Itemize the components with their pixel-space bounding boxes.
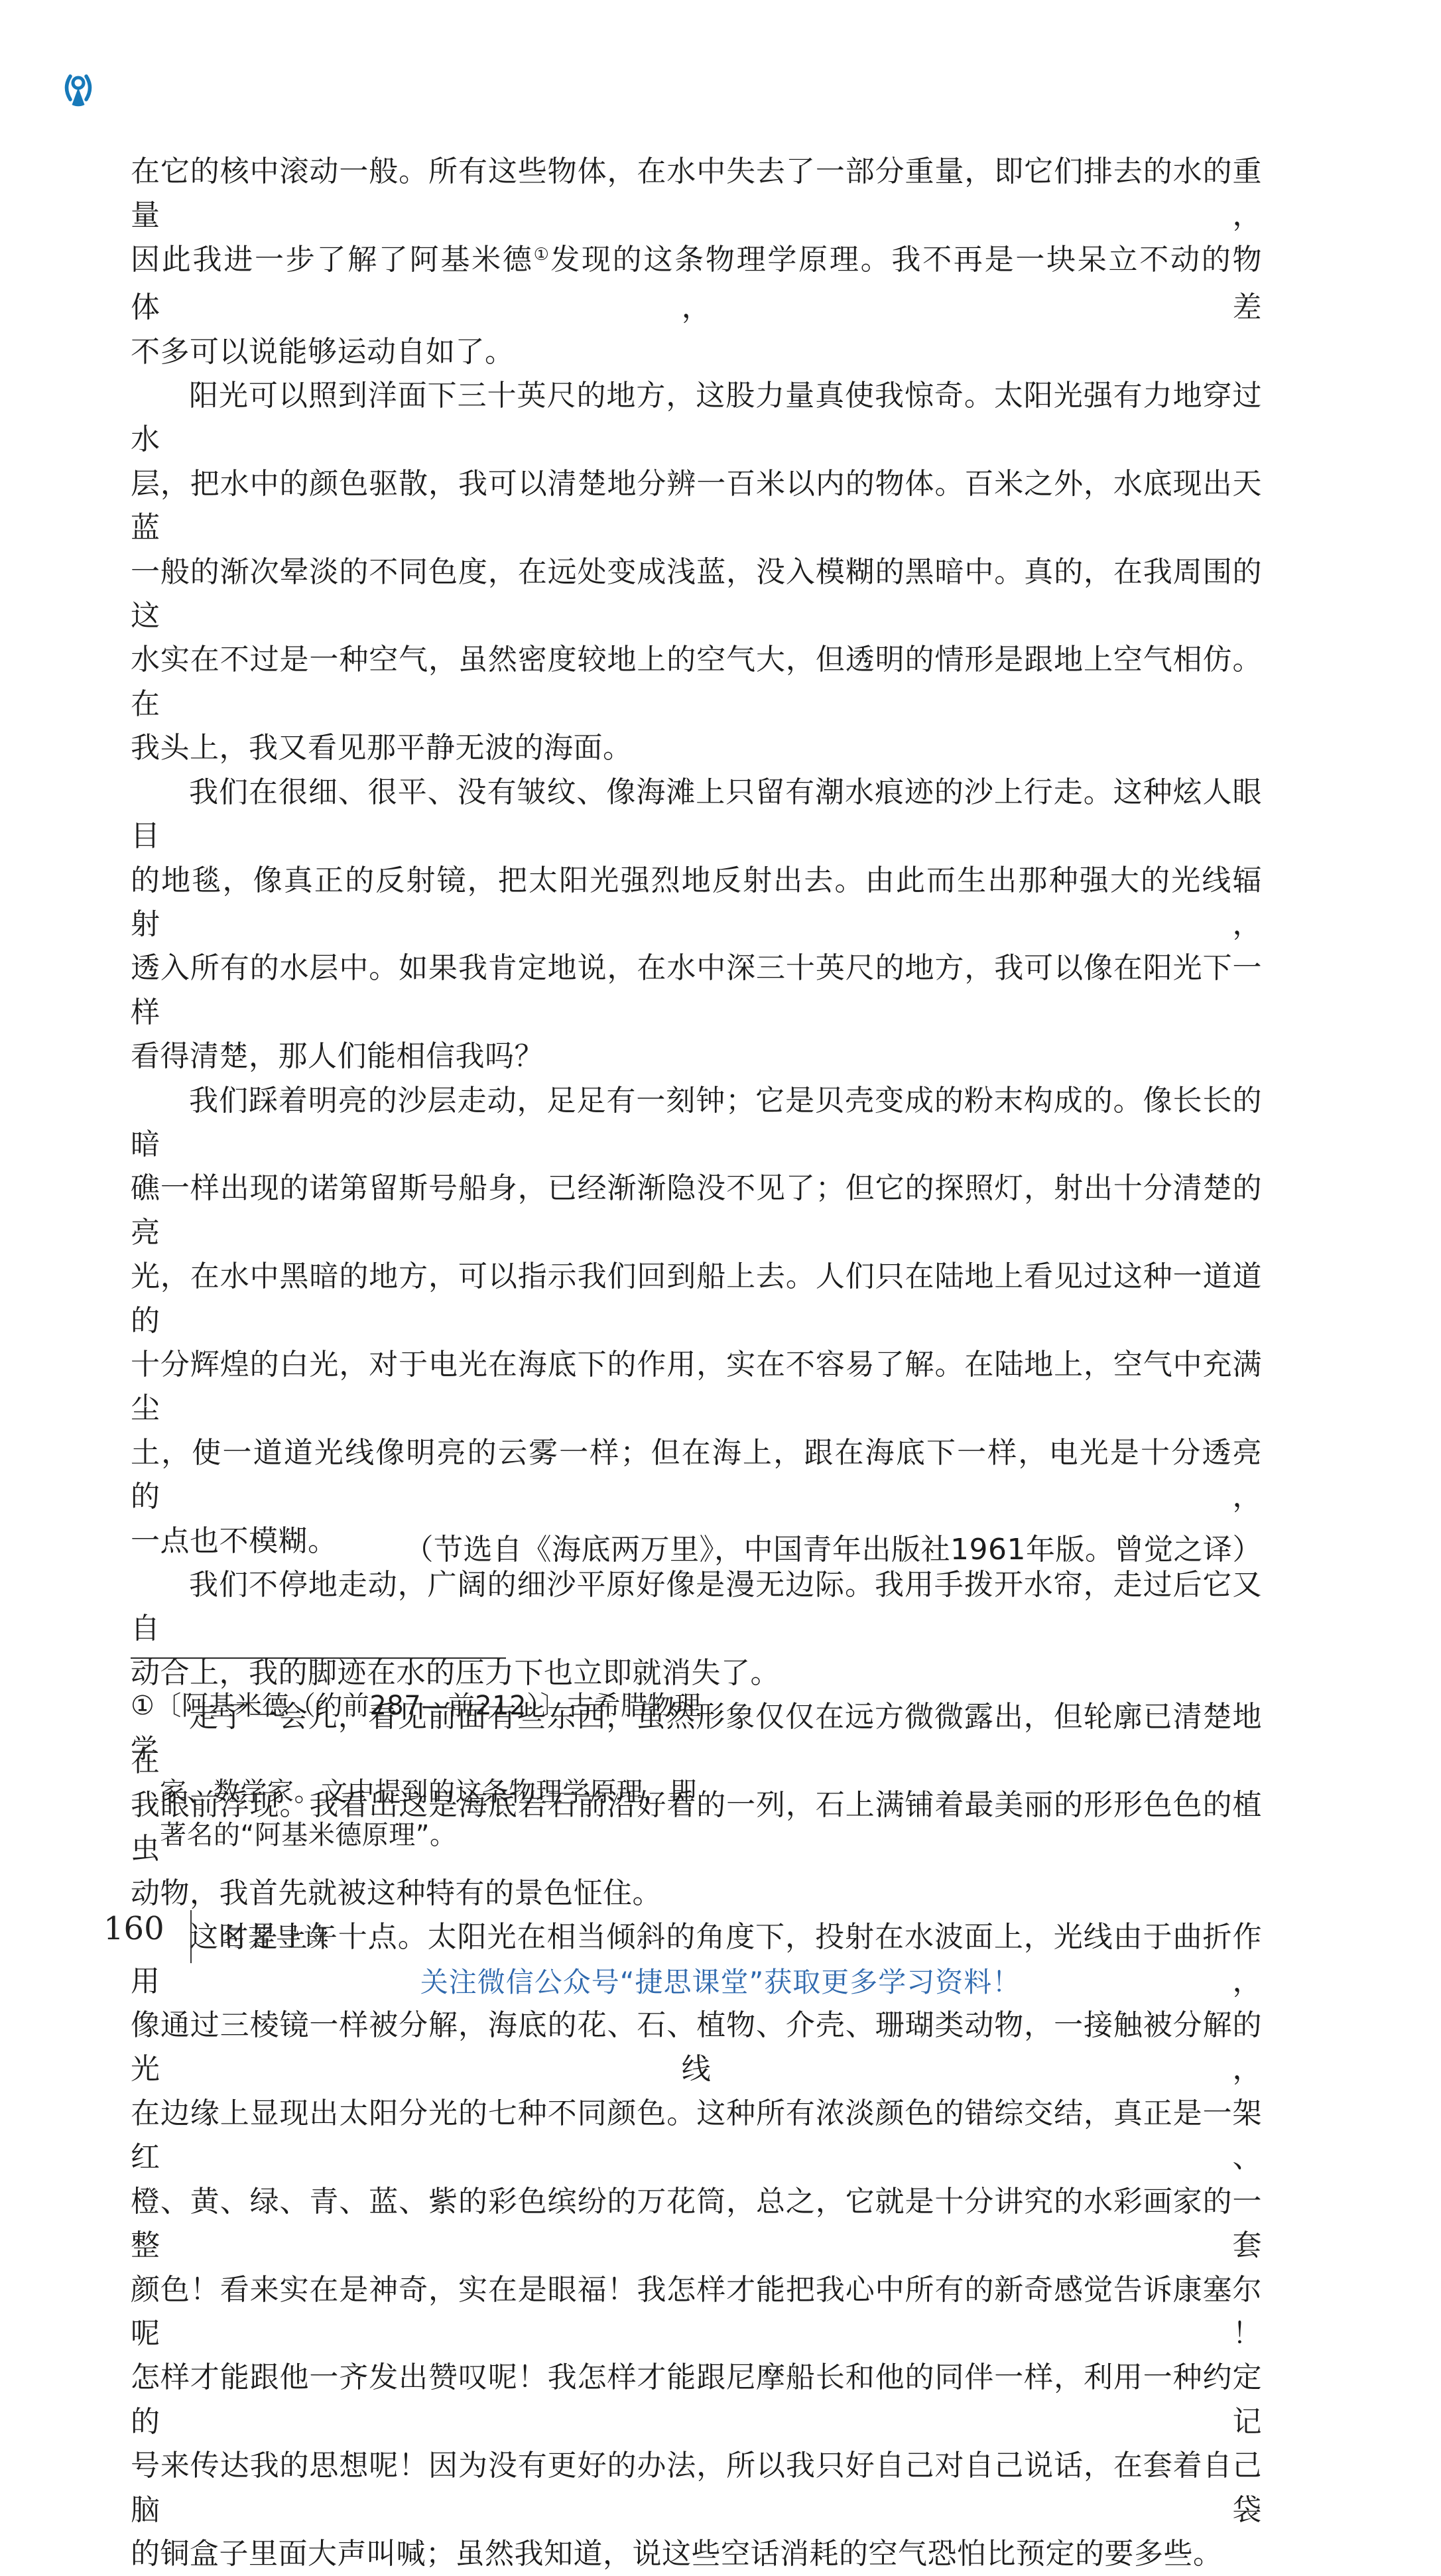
body-line-16: 十分辉煌的白光，对于电光在海底下的作用，实在不容易了解。在陆地上，空气中充满尘 bbox=[131, 1343, 1262, 1431]
footnote-line-2: 家、数学家。文中提到的这条物理学原理，即 bbox=[131, 1771, 714, 1814]
footnote-line-1: ①〔阿基米德（约前287—前212）〕古希腊物理学 bbox=[131, 1685, 714, 1771]
broadcast-person-logo-icon bbox=[61, 73, 95, 109]
body-line-12: 看得清楚，那人们能相信我吗？ bbox=[131, 1035, 1262, 1078]
section-title: 名著导读 bbox=[220, 1917, 332, 1953]
body-line-27: 橙、黄、绿、青、蓝、紫的彩色缤纷的万花筒，总之，它就是十分讲究的水彩画家的一整套 bbox=[131, 2180, 1262, 2268]
page: { "logo": { "label": "broadcast-person-l… bbox=[0, 0, 1441, 2037]
body-line-1: 在它的核中滚动一般。所有这些物体，在水中失去了一部分重量，即它们排去的水的重量， bbox=[131, 150, 1262, 238]
body-line-28: 颜色！看来实在是神奇，实在是眼福！我怎样才能把我心中所有的新奇感觉告诉康塞尔呢！ bbox=[131, 2268, 1262, 2356]
body-line-14: 礁一样出现的诺第留斯号船身，已经渐渐隐没不见了；但它的探照灯，射出十分清楚的亮 bbox=[131, 1167, 1262, 1255]
body-line-7: 水实在不过是一种空气，虽然密度较地上的空气大，但透明的情形是跟地上空气相仿。在 bbox=[131, 638, 1262, 726]
body-line-13: 我们踩着明亮的沙层走动，足足有一刻钟；它是贝壳变成的粉末构成的。像长长的暗 bbox=[131, 1079, 1262, 1167]
excerpt-body-text: 在它的核中滚动一般。所有这些物体，在水中失去了一部分重量，即它们排去的水的重量，… bbox=[131, 150, 1262, 2576]
body-line-19: 我们不停地走动，广阔的细沙平原好像是漫无边际。我用手拨开水帘，走过后它又自 bbox=[131, 1563, 1262, 1651]
footnote-block: ①〔阿基米德（约前287—前212）〕古希腊物理学家、数学家。文中提到的这条物理… bbox=[131, 1685, 714, 1857]
body-line-26: 在边缘上显现出太阳分光的七种不同颜色。这种所有浓淡颜色的错综交结，真正是一架红、 bbox=[131, 2092, 1262, 2180]
body-line-6: 一般的渐次晕淡的不同色度，在远处变成浅蓝，没入模糊的黑暗中。真的，在我周围的这 bbox=[131, 550, 1262, 639]
attribution-line: （节选自《海底两万里》，中国青年出版社1961年版。曾觉之译） bbox=[131, 1525, 1262, 1568]
body-line-25: 像通过三棱镜一样被分解，海底的花、石、植物、介壳、珊瑚类动物，一接触被分解的光线… bbox=[131, 2004, 1262, 2092]
footnote-reference-mark: ① bbox=[534, 245, 551, 265]
page-number: 160 bbox=[103, 1910, 164, 1947]
body-line-15: 光，在水中黑暗的地方，可以指示我们回到船上去。人们只在陆地上看见过这种一道道的 bbox=[131, 1255, 1262, 1343]
body-line-8: 我头上，我又看见那平静无波的海面。 bbox=[131, 726, 1262, 770]
footnote-line-3: 著名的“阿基米德原理”。 bbox=[131, 1814, 714, 1857]
body-line-30: 号来传达我的思想呢！因为没有更好的办法，所以我只好自己对自己说话，在套着自己脑袋 bbox=[131, 2444, 1262, 2532]
promo-banner-text: 关注微信公众号“捷思课堂”获取更多学习资料！ bbox=[0, 1961, 1441, 2000]
body-line-5: 层，把水中的颜色驱散，我可以清楚地分辨一百米以内的物体。百米之外，水底现出天蓝 bbox=[131, 462, 1262, 550]
body-line-4: 阳光可以照到洋面下三十英尺的地方，这股力量真使我惊奇。太阳光强有力地穿过水 bbox=[131, 374, 1262, 462]
page-number-divider bbox=[190, 1910, 192, 1963]
body-line-17: 土，使一道道光线像明亮的云雾一样；但在海上，跟在海底下一样，电光是十分透亮的， bbox=[131, 1431, 1262, 1519]
body-line-9: 我们在很细、很平、没有皱纹、像海滩上只留有潮水痕迹的沙上行走。这种炫人眼目 bbox=[131, 771, 1262, 859]
body-line-2: 因此我进一步了解了阿基米德①发现的这条物理学原理。我不再是一块呆立不动的物体，差 bbox=[131, 238, 1262, 330]
body-line-3: 不多可以说能够运动自如了。 bbox=[131, 330, 1262, 374]
body-line-11: 透入所有的水层中。如果我肯定地说，在水中深三十英尺的地方，我可以像在阳光下一样 bbox=[131, 946, 1262, 1035]
body-line-10: 的地毯，像真正的反射镜，把太阳光强烈地反射出去。由此而生出那种强大的光线辐射， bbox=[131, 859, 1262, 947]
body-line-31: 的铜盒子里面大声叫喊；虽然我知道，说这些空话消耗的空气恐怕比预定的要多些。 bbox=[131, 2532, 1262, 2576]
body-line-29: 怎样才能跟他一齐发出赞叹呢！我怎样才能跟尼摩船长和他的同伴一样，利用一种约定的记 bbox=[131, 2356, 1262, 2444]
footnote-divider-rule bbox=[131, 1657, 506, 1659]
body-line-23: 动物，我首先就被这种特有的景色怔住。 bbox=[131, 1872, 1262, 1915]
body-line-2-pre: 因此我进一步了解了阿基米德 bbox=[131, 243, 534, 277]
